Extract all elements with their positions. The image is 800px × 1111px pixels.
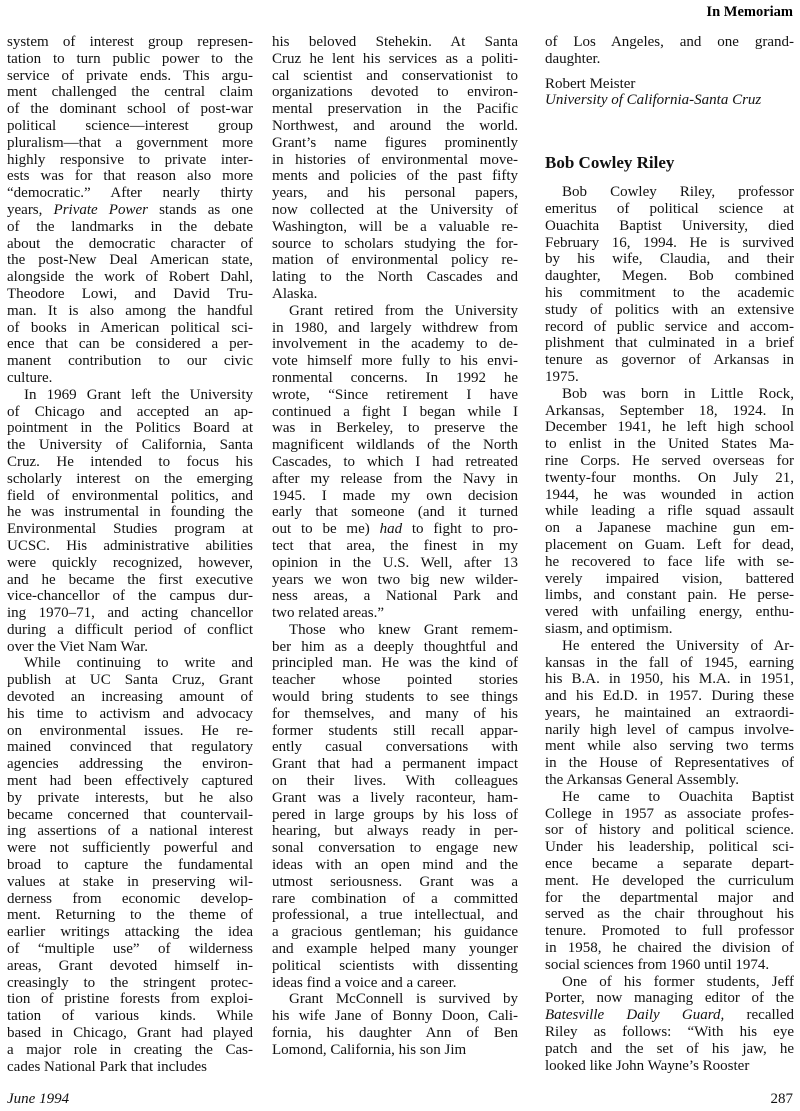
text-line: mation of environmental policy re-: [272, 252, 518, 269]
text-line: Alaska.: [272, 286, 518, 303]
text-line: on environmental issues. He re-: [7, 723, 253, 740]
text-line: ence that can be considered a per-: [7, 336, 253, 353]
text-line: One of his former students, Jeff: [545, 974, 794, 991]
text-line: fornia, his daughter Ann of Ben: [272, 1025, 518, 1042]
text-line: of the landmarks in the debate: [7, 219, 253, 236]
text-line: He came to Ouachita Baptist: [545, 789, 794, 806]
text-line: University of California-Santa Cruz: [545, 92, 794, 109]
text-line: and example helped many younger: [272, 941, 518, 958]
text-line: became concerned that countervail-: [7, 807, 253, 824]
text-line: tation of various kinds. While: [7, 1008, 253, 1025]
text-line: professional, a true intellectual, and: [272, 907, 518, 924]
text-line: ment. He developed the curriculum: [545, 873, 794, 890]
paragraph: Bob was born in Little Rock,Arkansas, Se…: [545, 386, 794, 638]
text-column-1: system of interest group represen-tation…: [7, 34, 253, 1075]
text-line: to enlist in the United States Ma-: [545, 436, 794, 453]
text-line: during a difficult period of conflict: [7, 622, 253, 639]
paragraph: He entered the University of Ar-kansas i…: [545, 638, 794, 789]
page-footer: June 1994 287: [7, 1091, 793, 1108]
text-line: rine Corps. He served overseas for: [545, 453, 794, 470]
text-line: ests was for that reason also more: [7, 168, 253, 185]
text-line: Bob was born in Little Rock,: [545, 386, 794, 403]
text-line: source to scholars studying the for-: [272, 236, 518, 253]
text-line: tation to turn public power to the: [7, 51, 253, 68]
text-line: highly responsive to private inter-: [7, 152, 253, 169]
text-line: kansas in the fall of 1945, earning: [545, 655, 794, 672]
text-line: He entered the University of Ar-: [545, 638, 794, 655]
text-line: February 16, 1994. He is survived: [545, 235, 794, 252]
text-line: served as the chair throughout his: [545, 906, 794, 923]
text-line: “democratic.” After nearly thirty: [7, 185, 253, 202]
text-line: for themselves, and many of his: [272, 706, 518, 723]
text-line: mental preservation in the Pacific: [272, 101, 518, 118]
text-line: utmost seriousness. Grant was a: [272, 874, 518, 891]
text-line: Grant was a lively raconteur, ham-: [272, 790, 518, 807]
text-line: While continuing to write and: [7, 655, 253, 672]
text-line: his B.A. in 1950, his M.A. in 1951,: [545, 671, 794, 688]
text-line: were not sufficiently powerful and: [7, 840, 253, 857]
text-line: former students still recall appar-: [272, 723, 518, 740]
paragraph: One of his former students, JeffPorter, …: [545, 974, 794, 1075]
text-line: on a Japanese machine gun em-: [545, 520, 794, 537]
text-line: were quickly recognized, however,: [7, 555, 253, 572]
text-line: ronmental concerns. In 1992 he: [272, 370, 518, 387]
text-line: Robert Meister: [545, 76, 794, 93]
text-line: vice-chancellor of the campus dur-: [7, 588, 253, 605]
running-head: In Memoriam: [706, 4, 793, 21]
text-line: of “multiple use” of wilderness: [7, 941, 253, 958]
text-line: limbs, and constant pain. He perse-: [545, 587, 794, 604]
text-line: cades National Park that includes: [7, 1059, 253, 1076]
author-signature: Robert MeisterUniversity of California-S…: [545, 76, 794, 110]
text-line: tect that area, the finest in my: [272, 538, 518, 555]
text-line: he recovered to face life with se-: [545, 554, 794, 571]
text-line: ment had been effectively captured: [7, 773, 253, 790]
paragraph: system of interest group represen-tation…: [7, 34, 253, 387]
text-line: over the Viet Nam War.: [7, 639, 253, 656]
issue-date: June 1994: [7, 1091, 69, 1108]
text-line: vered with unfailing energy, enthu-: [545, 604, 794, 621]
text-line: tion of pristine forests from exploi-: [7, 991, 253, 1008]
memoriam-page: In Memoriam system of interest group rep…: [0, 0, 800, 1111]
text-line: his commitment to the academic: [545, 285, 794, 302]
text-line: ence became a separate depart-: [545, 856, 794, 873]
text-line: manent contribution to our civic: [7, 353, 253, 370]
text-line: Riley as follows: “With his eye: [545, 1024, 794, 1041]
text-line: Porter, now managing editor of the: [545, 990, 794, 1007]
text-line: In 1969 Grant left the University: [7, 387, 253, 404]
text-line: derness from economic develop-: [7, 891, 253, 908]
text-line: involvement in the academy to de-: [272, 336, 518, 353]
text-column-3: of Los Angeles, and one grand-daughter.R…: [545, 34, 794, 1074]
text-line: narily high level of campus involve-: [545, 722, 794, 739]
text-column-2: his beloved Stehekin. At SantaCruz he le…: [272, 34, 518, 1059]
text-line: years, and his personal papers,: [272, 185, 518, 202]
text-line: record of public service and accom-: [545, 319, 794, 336]
text-line: early that someone (and it turned: [272, 504, 518, 521]
text-line: study of politics with an extensive: [545, 302, 794, 319]
text-line: rare combination of a committed: [272, 891, 518, 908]
text-line: values at stake in preserving wil-: [7, 874, 253, 891]
text-line: Ouachita Baptist University, died: [545, 218, 794, 235]
text-line: Northwest, and around the world.: [272, 118, 518, 135]
text-line: 1944, he was wounded in action: [545, 487, 794, 504]
text-line: the University of California, Santa: [7, 437, 253, 454]
text-line: years, he maintained an extraordi-: [545, 705, 794, 722]
text-line: Cruz. He intended to focus his: [7, 454, 253, 471]
text-line: his wife Jane of Bonny Doon, Cali-: [272, 1008, 518, 1025]
text-line: while leading a rifle squad assault: [545, 503, 794, 520]
text-line: Grant that had a permanent impact: [272, 756, 518, 773]
text-line: sonal conversation to engage new: [272, 840, 518, 857]
text-line: Grant’s name figures prominently: [272, 135, 518, 152]
text-line: daughter, Megen. Bob combined: [545, 268, 794, 285]
paragraph: Bob Cowley Riley, professoremeritus of p…: [545, 184, 794, 386]
text-line: ideas with an open mind and the: [272, 857, 518, 874]
text-line: pointment in the Politics Board at: [7, 420, 253, 437]
text-line: teacher whose pointed stories: [272, 672, 518, 689]
paragraph: Grant retired from the Universityin 1980…: [272, 303, 518, 622]
paragraph: his beloved Stehekin. At SantaCruz he le…: [272, 34, 518, 303]
text-line: organizations devoted to environ-: [272, 84, 518, 101]
text-line: continued a fight I began while I: [272, 404, 518, 421]
text-line: sor of history and political science.: [545, 822, 794, 839]
text-line: pered in large groups by his loss of: [272, 807, 518, 824]
text-line: after my release from the Navy in: [272, 471, 518, 488]
text-line: of Chicago and accepted an ap-: [7, 404, 253, 421]
text-line: principled man. He was the kind of: [272, 655, 518, 672]
text-line: years, Private Power stands as one: [7, 202, 253, 219]
text-line: alongside the work of Robert Dahl,: [7, 269, 253, 286]
text-line: in the House of Representatives of: [545, 755, 794, 772]
text-line: out to be me) had to fight to pro-: [272, 521, 518, 538]
text-line: wrote, “Since retirement I have: [272, 387, 518, 404]
text-line: in histories of environmental move-: [272, 152, 518, 169]
paragraph: He came to Ouachita BaptistCollege in 19…: [545, 789, 794, 974]
text-line: his beloved Stehekin. At Santa: [272, 34, 518, 51]
text-line: Grant retired from the University: [272, 303, 518, 320]
text-line: of the dominant school of post-war: [7, 101, 253, 118]
paragraph: In 1969 Grant left the Universityof Chic…: [7, 387, 253, 656]
text-line: opinion in the U.S. Well, after 13: [272, 555, 518, 572]
text-line: plishment that culminated in a brief: [545, 335, 794, 352]
paragraph: While continuing to write andpublish at …: [7, 655, 253, 1075]
text-line: ideas find a voice and a career.: [272, 975, 518, 992]
text-line: Lomond, California, his son Jim: [272, 1042, 518, 1059]
text-line: of books in American political sci-: [7, 320, 253, 337]
text-line: UCSC. His administrative abilities: [7, 538, 253, 555]
text-line: siasm, and optimism.: [545, 621, 794, 638]
text-line: ment. Returning to the theme of: [7, 907, 253, 924]
text-line: in 1958, he chaired the division of: [545, 940, 794, 957]
text-line: tenure. Promoted to full professor: [545, 923, 794, 940]
text-line: vote himself more fully to his envi-: [272, 353, 518, 370]
text-line: areas, Grant devoted himself in-: [7, 958, 253, 975]
text-line: by private interests, but he also: [7, 790, 253, 807]
text-line: hearing, but always ready in per-: [272, 823, 518, 840]
text-line: tenure as governor of Arkansas in: [545, 352, 794, 369]
text-line: ing assertions of a national interest: [7, 823, 253, 840]
text-line: Under his leadership, political sci-: [545, 839, 794, 856]
paragraph: Grant McConnell is survived byhis wife J…: [272, 991, 518, 1058]
text-line: publish at UC Santa Cruz, Grant: [7, 672, 253, 689]
text-line: and he became the first executive: [7, 572, 253, 589]
text-line: would bring students to see things: [272, 689, 518, 706]
text-line: social sciences from 1960 until 1974.: [545, 957, 794, 974]
text-line: daughter.: [545, 51, 794, 68]
text-line: the Arkansas General Assembly.: [545, 772, 794, 789]
text-line: political scientists with dissenting: [272, 958, 518, 975]
text-line: ment challenged the central claim: [7, 84, 253, 101]
text-line: on their lives. With colleagues: [272, 773, 518, 790]
text-line: Cruz he lent his services as a politi-: [272, 51, 518, 68]
text-line: service of private ends. This argu-: [7, 68, 253, 85]
text-line: Arkansas, September 18, 1924. In: [545, 403, 794, 420]
text-line: mained convinced that regulatory: [7, 739, 253, 756]
text-line: looked like John Wayne’s Rooster: [545, 1058, 794, 1075]
text-line: broad to capture the fundamental: [7, 857, 253, 874]
text-line: devoted an increasing amount of: [7, 689, 253, 706]
text-line: ber him as a deeply thoughtful and: [272, 639, 518, 656]
text-line: system of interest group represen-: [7, 34, 253, 51]
text-line: ments and policies of the past fifty: [272, 168, 518, 185]
paragraph: Those who knew Grant remem-ber him as a …: [272, 622, 518, 992]
text-line: ment while also serving two terms: [545, 738, 794, 755]
text-line: now collected at the University of: [272, 202, 518, 219]
text-line: placement on Guam. Left for dead,: [545, 537, 794, 554]
text-line: his time to activism and advocacy: [7, 706, 253, 723]
text-line: creasingly to the stringent protec-: [7, 975, 253, 992]
text-line: scholarly interest on the emerging: [7, 471, 253, 488]
paragraph: of Los Angeles, and one grand-daughter.: [545, 34, 794, 68]
text-line: by his wife, Claudia, and their: [545, 251, 794, 268]
text-line: political science—interest group: [7, 118, 253, 135]
text-line: was in Berkeley, to preserve the: [272, 420, 518, 437]
text-line: verely impaired vision, battered: [545, 571, 794, 588]
text-line: years we won two big new wilder-: [272, 572, 518, 589]
text-line: December 1941, he left high school: [545, 419, 794, 436]
text-line: about the democratic character of: [7, 236, 253, 253]
text-line: a gracious gentleman; his guidance: [272, 924, 518, 941]
text-line: and his Ed.D. in 1957. During these: [545, 688, 794, 705]
text-line: based in Chicago, Grant had played: [7, 1025, 253, 1042]
text-line: Bob Cowley Riley, professor: [545, 184, 794, 201]
text-line: Batesville Daily Guard, recalled: [545, 1007, 794, 1024]
text-line: ness areas, a National Park and: [272, 588, 518, 605]
text-line: Washington, will be a valuable re-: [272, 219, 518, 236]
text-line: for the departmental major and: [545, 890, 794, 907]
text-line: ing 1970–71, and acting chancellor: [7, 605, 253, 622]
text-line: College in 1957 as associate profes-: [545, 806, 794, 823]
text-line: of Los Angeles, and one grand-: [545, 34, 794, 51]
text-line: agencies addressing the environ-: [7, 756, 253, 773]
text-line: the post-New Deal American state,: [7, 252, 253, 269]
text-line: culture.: [7, 370, 253, 387]
text-line: in 1980, and largely withdrew from: [272, 320, 518, 337]
text-line: magnificent wildlands of the North: [272, 437, 518, 454]
text-line: a major role in creating the Cas-: [7, 1042, 253, 1059]
text-line: Those who knew Grant remem-: [272, 622, 518, 639]
text-line: field of environmental politics, and: [7, 488, 253, 505]
text-line: earlier writings attacking the idea: [7, 924, 253, 941]
text-line: man. It is also among the handful: [7, 303, 253, 320]
text-line: two related areas.”: [272, 605, 518, 622]
text-line: lating to the North Cascades and: [272, 269, 518, 286]
page-number: 287: [771, 1091, 794, 1108]
text-line: he was instrumental in founding the: [7, 504, 253, 521]
text-line: Environmental Studies program at: [7, 521, 253, 538]
text-line: Cascades, to which I had retreated: [272, 454, 518, 471]
obituary-heading: Bob Cowley Riley: [545, 153, 794, 173]
text-line: twenty-four months. On July 21,: [545, 470, 794, 487]
text-line: pluralism—that a government more: [7, 135, 253, 152]
text-line: cal scientist and conservationist to: [272, 68, 518, 85]
text-line: emeritus of political science at: [545, 201, 794, 218]
text-line: Theodore Lowi, and David Tru-: [7, 286, 253, 303]
text-line: 1945. I made my own decision: [272, 488, 518, 505]
text-line: patch and the set of his jaw, he: [545, 1041, 794, 1058]
text-line: Grant McConnell is survived by: [272, 991, 518, 1008]
text-line: ently casual conversations with: [272, 739, 518, 756]
text-line: 1975.: [545, 369, 794, 386]
